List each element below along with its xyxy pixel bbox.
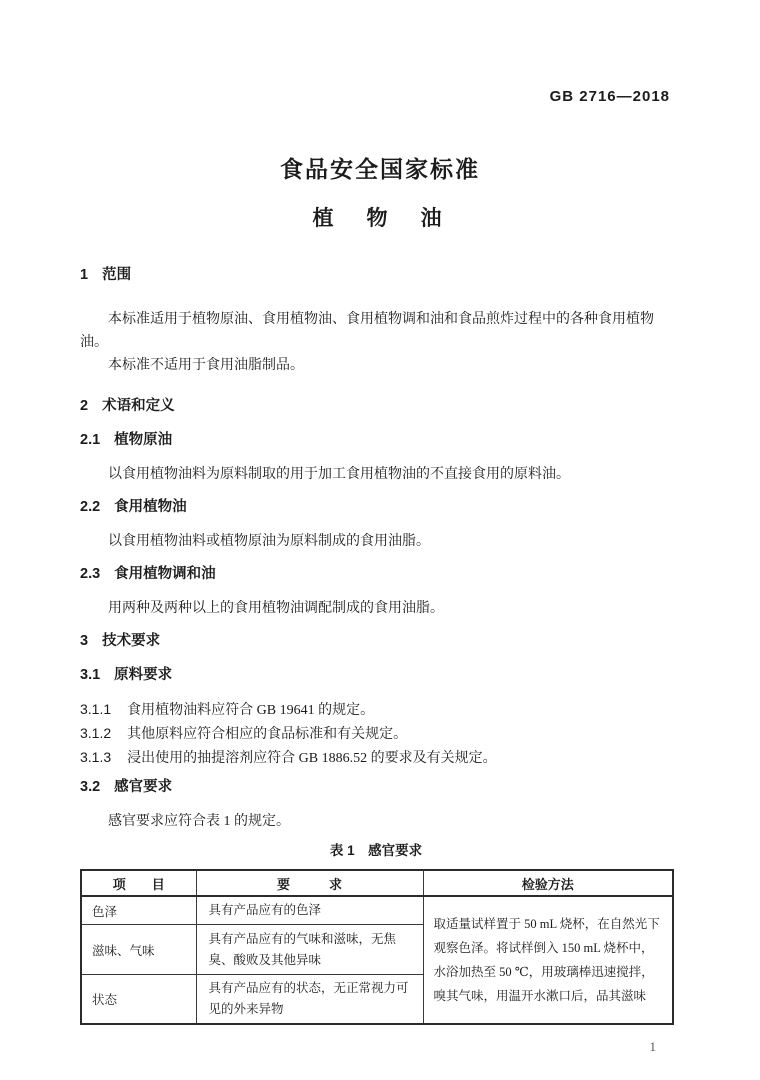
term-2-3-number: 2.3 [80,566,100,582]
scope-paragraph-2: 本标准不适用于食用油脂制品。 [80,354,672,377]
section-3-number: 3 [80,633,88,649]
table-header-row: 项 目 要 求 检验方法 [81,870,673,896]
section-3-2-number: 3.2 [80,779,100,795]
section-1-title: 范围 [102,267,131,283]
section-3-title: 技术要求 [102,633,160,649]
document-body: 1范围 本标准适用于植物原油、食用植物油、食用植物调和油和食品煎炸过程中的各种食… [80,266,672,1025]
section-3-2-title: 感官要求 [114,779,172,795]
term-2-3-definition: 用两种及两种以上的食用植物油调配制成的食用油脂。 [80,597,672,620]
section-1-number: 1 [80,267,88,283]
clause-3-1-2-text: 其他原料应符合相应的食品标准和有关规定。 [127,727,407,742]
term-2-2-definition: 以食用植物油料或植物原油为原料制成的食用油脂。 [80,530,672,553]
section-1-heading: 1范围 [80,266,672,284]
term-2-1-definition: 以食用植物油料为原料制取的用于加工食用植物油的不直接食用的原料油。 [80,463,672,486]
section-3-2-heading: 3.2感官要求 [80,778,672,796]
scope-paragraph-1: 本标准适用于植物原油、食用植物油、食用植物调和油和食品煎炸过程中的各种食用植物油… [80,308,672,354]
clause-3-1-3-text: 浸出使用的抽提溶剂应符合 GB 1886.52 的要求及有关规定。 [127,751,496,766]
inspection-method-cell: 取适量试样置于 50 mL 烧杯，在自然光下观察色泽。将试样倒入 150 mL … [423,896,673,1024]
table-1-caption: 表 1 感官要求 [80,839,672,859]
term-2-1-title: 植物原油 [114,432,172,448]
clause-3-1-2-number: 3.1.2 [80,725,111,741]
standard-number: GB 2716—2018 [0,0,760,105]
column-header-requirement: 要 求 [196,870,423,896]
table-row: 色泽 具有产品应有的色泽 取适量试样置于 50 mL 烧杯，在自然光下观察色泽。… [81,896,673,925]
term-2-1-number: 2.1 [80,432,100,448]
document-page: GB 2716—2018 食品安全国家标准 植 物 油 1范围 本标准适用于植物… [0,0,760,1080]
section-3-heading: 3技术要求 [80,632,672,650]
section-3-1-heading: 3.1原料要求 [80,666,672,684]
column-header-method: 检验方法 [423,870,673,896]
document-subtitle: 植 物 油 [0,202,760,232]
section-2-heading: 2术语和定义 [80,397,672,415]
section-3-1-number: 3.1 [80,667,100,683]
clause-3-1-2: 3.1.2其他原料应符合相应的食品标准和有关规定。 [80,722,672,746]
clause-3-1-3-number: 3.1.3 [80,749,111,765]
row-2-item: 滋味、气味 [81,925,196,975]
term-2-2-title: 食用植物油 [114,499,187,515]
row-3-requirement: 具有产品应有的状态，无正常视力可见的外来异物 [196,975,423,1025]
clause-3-1-1-text: 食用植物油料应符合 GB 19641 的规定。 [127,703,374,718]
section-3-1-title: 原料要求 [114,667,172,683]
row-2-requirement: 具有产品应有的气味和滋味，无焦臭、酸败及其他异味 [196,925,423,975]
term-2-3-heading: 2.3食用植物调和油 [80,565,672,583]
term-2-3-title: 食用植物调和油 [114,566,216,582]
row-1-requirement: 具有产品应有的色泽 [196,896,423,925]
section-2-number: 2 [80,398,88,414]
page-number: 1 [0,1039,656,1055]
clause-3-1-1-number: 3.1.1 [80,701,111,717]
term-2-1-heading: 2.1植物原油 [80,431,672,449]
section-2-title: 术语和定义 [102,398,175,414]
sensory-requirements-table: 项 目 要 求 检验方法 色泽 具有产品应有的色泽 取适量试样置于 50 mL … [80,869,674,1025]
row-3-item: 状态 [81,975,196,1025]
term-2-2-heading: 2.2食用植物油 [80,498,672,516]
document-title: 食品安全国家标准 [0,151,760,184]
term-2-2-number: 2.2 [80,499,100,515]
clause-3-1-1: 3.1.1食用植物油料应符合 GB 19641 的规定。 [80,698,672,722]
row-1-item: 色泽 [81,896,196,925]
sensory-intro-paragraph: 感官要求应符合表 1 的规定。 [80,810,672,833]
column-header-item: 项 目 [81,870,196,896]
clause-3-1-3: 3.1.3浸出使用的抽提溶剂应符合 GB 1886.52 的要求及有关规定。 [80,746,672,770]
